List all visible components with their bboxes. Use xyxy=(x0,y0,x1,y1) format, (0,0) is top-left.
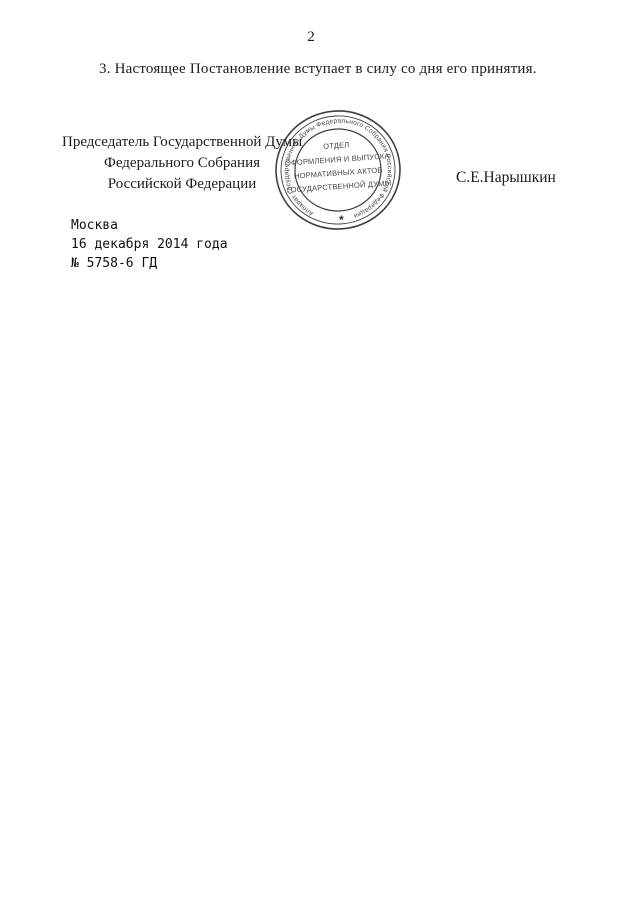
signature-title: Председатель Государственной Думы Федера… xyxy=(62,132,302,195)
stamp-star-icon: ★ xyxy=(337,213,345,222)
document-footer: Москва 16 декабря 2014 года № 5758-6 ГД xyxy=(71,216,228,273)
signature-title-line-2: Федерального Собрания xyxy=(62,153,302,174)
stamp-center-line-4: ГОСУДАРСТВЕННОЙ ДУМЫ xyxy=(287,178,392,194)
stamp-center-line-3: НОРМАТИВНЫХ АКТОВ xyxy=(294,165,383,180)
footer-date: 16 декабря 2014 года xyxy=(71,235,228,254)
footer-place: Москва xyxy=(71,216,228,235)
official-stamp: Аппарат Государственной Думы Федеральног… xyxy=(272,108,404,232)
page-number: 2 xyxy=(0,29,622,46)
signature-title-line-3: Российской Федерации xyxy=(62,174,302,195)
footer-doc-number: № 5758-6 ГД xyxy=(71,254,228,273)
body-paragraph: 3. Настоящее Постановление вступает в си… xyxy=(99,61,537,78)
document-page: 2 3. Настоящее Постановление вступает в … xyxy=(0,0,640,905)
signature-title-line-1: Председатель Государственной Думы xyxy=(62,132,302,153)
signee-name: С.Е.Нарышкин xyxy=(456,169,556,187)
stamp-center-line-1: ОТДЕЛ xyxy=(323,140,350,151)
